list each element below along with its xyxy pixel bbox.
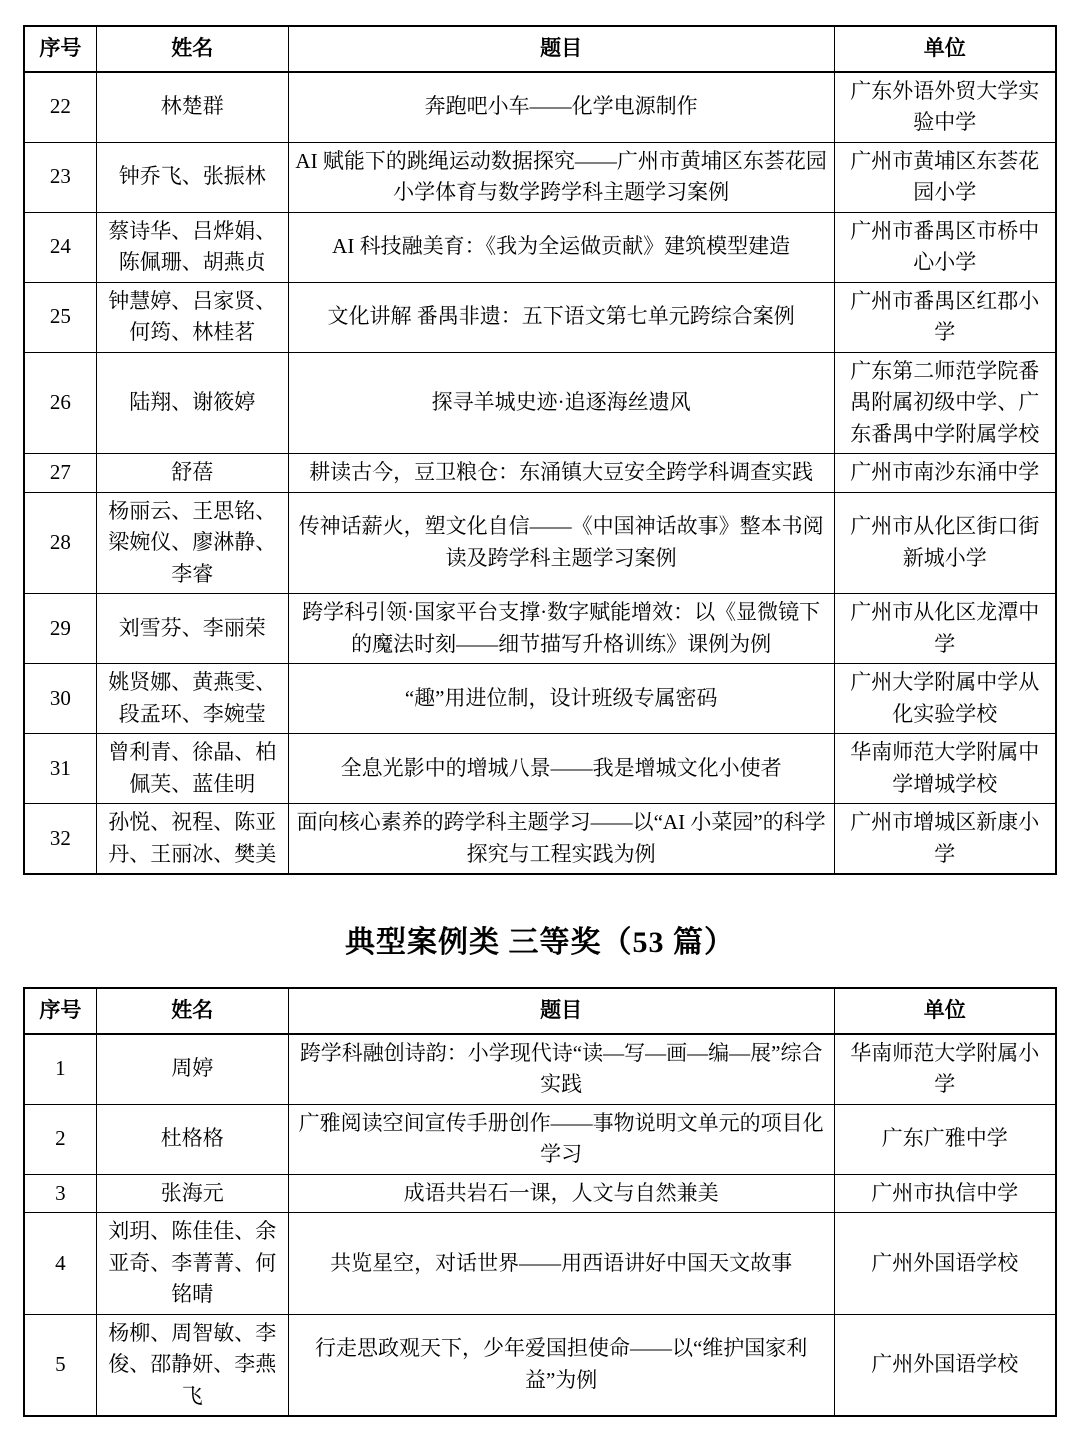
author-names-cell: 刘玥、陈佳佳、余亚奇、李菁菁、何铭晴 (96, 1213, 288, 1315)
row-number-cell: 29 (24, 594, 96, 664)
award-table-second-prize: 序号 姓名 题目 单位 22林楚群奔跑吧小车——化学电源制作广东外语外贸大学实验… (23, 25, 1057, 875)
entry-title-cell: 广雅阅读空间宣传手册创作——事物说明文单元的项目化学习 (288, 1104, 834, 1174)
author-names-cell: 周婷 (96, 1034, 288, 1105)
table-header: 序号 姓名 题目 单位 (24, 988, 1056, 1034)
table-row: 31曾利青、徐晶、柏佩芙、蓝佳明全息光影中的增城八景——我是增城文化小使者华南师… (24, 734, 1056, 804)
entry-title-cell: 跨学科融创诗韵：小学现代诗“读—写—画—编—展”综合实践 (288, 1034, 834, 1105)
entry-title-cell: 传神话薪火，塑文化自信——《中国神话故事》整本书阅读及跨学科主题学习案例 (288, 492, 834, 594)
section-heading: 典型案例类 三等奖（53 篇） (23, 917, 1057, 961)
entry-title-cell: 成语共岩石一课，人文与自然兼美 (288, 1174, 834, 1213)
entry-title-cell: 共览星空，对话世界——用西语讲好中国天文故事 (288, 1213, 834, 1315)
column-header-unit: 单位 (834, 988, 1056, 1034)
row-number-cell: 26 (24, 352, 96, 454)
entry-title-cell: AI 科技融美育：《我为全运做贡献》建筑模型建造 (288, 212, 834, 282)
author-names-cell: 杨丽云、王思铭、梁婉仪、廖淋静、李睿 (96, 492, 288, 594)
author-names-cell: 林楚群 (96, 72, 288, 143)
organization-cell: 广州外国语学校 (834, 1213, 1056, 1315)
author-names-cell: 蔡诗华、吕烨娟、陈佩珊、胡燕贞 (96, 212, 288, 282)
organization-cell: 广州市番禺区红郡小学 (834, 282, 1056, 352)
entry-title-cell: 奔跑吧小车——化学电源制作 (288, 72, 834, 143)
column-header-name: 姓名 (96, 26, 288, 72)
award-table-third-prize: 序号 姓名 题目 单位 1周婷跨学科融创诗韵：小学现代诗“读—写—画—编—展”综… (23, 987, 1057, 1417)
organization-cell: 广东第二师范学院番禺附属初级中学、广东番禺中学附属学校 (834, 352, 1056, 454)
organization-cell: 广东广雅中学 (834, 1104, 1056, 1174)
author-names-cell: 杨柳、周智敏、李俊、邵静妍、李燕飞 (96, 1314, 288, 1416)
row-number-cell: 4 (24, 1213, 96, 1315)
author-names-cell: 杜格格 (96, 1104, 288, 1174)
entry-title-cell: 跨学科引领·国家平台支撑·数字赋能增效：以《显微镜下的魔法时刻——细节描写升格训… (288, 594, 834, 664)
column-header-title: 题目 (288, 26, 834, 72)
table-row: 23钟乔飞、张振林AI 赋能下的跳绳运动数据探究——广州市黄埔区东荟花园小学体育… (24, 142, 1056, 212)
header-row: 序号 姓名 题目 单位 (24, 988, 1056, 1034)
table-row: 30姚贤娜、黄燕雯、段孟环、李婉莹“趣”用进位制，设计班级专属密码广州大学附属中… (24, 664, 1056, 734)
table-row: 1周婷跨学科融创诗韵：小学现代诗“读—写—画—编—展”综合实践华南师范大学附属小… (24, 1034, 1056, 1105)
organization-cell: 广州市从化区街口街新城小学 (834, 492, 1056, 594)
author-names-cell: 舒蓓 (96, 454, 288, 493)
table-row: 29刘雪芬、李丽荣跨学科引领·国家平台支撑·数字赋能增效：以《显微镜下的魔法时刻… (24, 594, 1056, 664)
organization-cell: 广州市黄埔区东荟花园小学 (834, 142, 1056, 212)
entry-title-cell: 耕读古今，豆卫粮仓：东涌镇大豆安全跨学科调查实践 (288, 454, 834, 493)
column-header-number: 序号 (24, 988, 96, 1034)
table-row: 25钟慧婷、吕家贤、何筠、林桂茗文化讲解 番禺非遗：五下语文第七单元跨综合案例广… (24, 282, 1056, 352)
author-names-cell: 刘雪芬、李丽荣 (96, 594, 288, 664)
row-number-cell: 2 (24, 1104, 96, 1174)
entry-title-cell: 全息光影中的增城八景——我是增城文化小使者 (288, 734, 834, 804)
table-row: 26陆翔、谢筱婷探寻羊城史迹·追逐海丝遗风广东第二师范学院番禺附属初级中学、广东… (24, 352, 1056, 454)
entry-title-cell: 面向核心素养的跨学科主题学习——以“AI 小菜园”的科学探究与工程实践为例 (288, 804, 834, 875)
document-page: 序号 姓名 题目 单位 22林楚群奔跑吧小车——化学电源制作广东外语外贸大学实验… (0, 0, 1080, 1437)
table-row: 32孙悦、祝程、陈亚丹、王丽冰、樊美面向核心素养的跨学科主题学习——以“AI 小… (24, 804, 1056, 875)
column-header-number: 序号 (24, 26, 96, 72)
author-names-cell: 张海元 (96, 1174, 288, 1213)
organization-cell: 华南师范大学附属小学 (834, 1034, 1056, 1105)
entry-title-cell: 文化讲解 番禺非遗：五下语文第七单元跨综合案例 (288, 282, 834, 352)
author-names-cell: 钟乔飞、张振林 (96, 142, 288, 212)
entry-title-cell: AI 赋能下的跳绳运动数据探究——广州市黄埔区东荟花园小学体育与数学跨学科主题学… (288, 142, 834, 212)
row-number-cell: 27 (24, 454, 96, 493)
entry-title-cell: 行走思政观天下，少年爱国担使命——以“维护国家利益”为例 (288, 1314, 834, 1416)
table-header: 序号 姓名 题目 单位 (24, 26, 1056, 72)
organization-cell: 广州市从化区龙潭中学 (834, 594, 1056, 664)
column-header-name: 姓名 (96, 988, 288, 1034)
organization-cell: 广州市番禺区市桥中心小学 (834, 212, 1056, 282)
table-row: 5杨柳、周智敏、李俊、邵静妍、李燕飞行走思政观天下，少年爱国担使命——以“维护国… (24, 1314, 1056, 1416)
entry-title-cell: “趣”用进位制，设计班级专属密码 (288, 664, 834, 734)
row-number-cell: 31 (24, 734, 96, 804)
author-names-cell: 陆翔、谢筱婷 (96, 352, 288, 454)
author-names-cell: 孙悦、祝程、陈亚丹、王丽冰、樊美 (96, 804, 288, 875)
table-row: 27舒蓓耕读古今，豆卫粮仓：东涌镇大豆安全跨学科调查实践广州市南沙东涌中学 (24, 454, 1056, 493)
table-row: 4刘玥、陈佳佳、余亚奇、李菁菁、何铭晴共览星空，对话世界——用西语讲好中国天文故… (24, 1213, 1056, 1315)
row-number-cell: 5 (24, 1314, 96, 1416)
table-row: 2杜格格广雅阅读空间宣传手册创作——事物说明文单元的项目化学习广东广雅中学 (24, 1104, 1056, 1174)
table-row: 22林楚群奔跑吧小车——化学电源制作广东外语外贸大学实验中学 (24, 72, 1056, 143)
entry-title-cell: 探寻羊城史迹·追逐海丝遗风 (288, 352, 834, 454)
row-number-cell: 1 (24, 1034, 96, 1105)
organization-cell: 广州市增城区新康小学 (834, 804, 1056, 875)
table-row: 28杨丽云、王思铭、梁婉仪、廖淋静、李睿传神话薪火，塑文化自信——《中国神话故事… (24, 492, 1056, 594)
column-header-title: 题目 (288, 988, 834, 1034)
header-row: 序号 姓名 题目 单位 (24, 26, 1056, 72)
row-number-cell: 32 (24, 804, 96, 875)
table-body: 22林楚群奔跑吧小车——化学电源制作广东外语外贸大学实验中学23钟乔飞、张振林A… (24, 72, 1056, 875)
row-number-cell: 30 (24, 664, 96, 734)
column-header-unit: 单位 (834, 26, 1056, 72)
row-number-cell: 24 (24, 212, 96, 282)
organization-cell: 广州外国语学校 (834, 1314, 1056, 1416)
table-row: 3张海元成语共岩石一课，人文与自然兼美广州市执信中学 (24, 1174, 1056, 1213)
organization-cell: 广东外语外贸大学实验中学 (834, 72, 1056, 143)
row-number-cell: 23 (24, 142, 96, 212)
table-body: 1周婷跨学科融创诗韵：小学现代诗“读—写—画—编—展”综合实践华南师范大学附属小… (24, 1034, 1056, 1417)
row-number-cell: 25 (24, 282, 96, 352)
table-row: 24蔡诗华、吕烨娟、陈佩珊、胡燕贞AI 科技融美育：《我为全运做贡献》建筑模型建… (24, 212, 1056, 282)
organization-cell: 广州大学附属中学从化实验学校 (834, 664, 1056, 734)
author-names-cell: 姚贤娜、黄燕雯、段孟环、李婉莹 (96, 664, 288, 734)
author-names-cell: 曾利青、徐晶、柏佩芙、蓝佳明 (96, 734, 288, 804)
organization-cell: 广州市南沙东涌中学 (834, 454, 1056, 493)
row-number-cell: 28 (24, 492, 96, 594)
row-number-cell: 22 (24, 72, 96, 143)
author-names-cell: 钟慧婷、吕家贤、何筠、林桂茗 (96, 282, 288, 352)
row-number-cell: 3 (24, 1174, 96, 1213)
organization-cell: 广州市执信中学 (834, 1174, 1056, 1213)
organization-cell: 华南师范大学附属中学增城学校 (834, 734, 1056, 804)
